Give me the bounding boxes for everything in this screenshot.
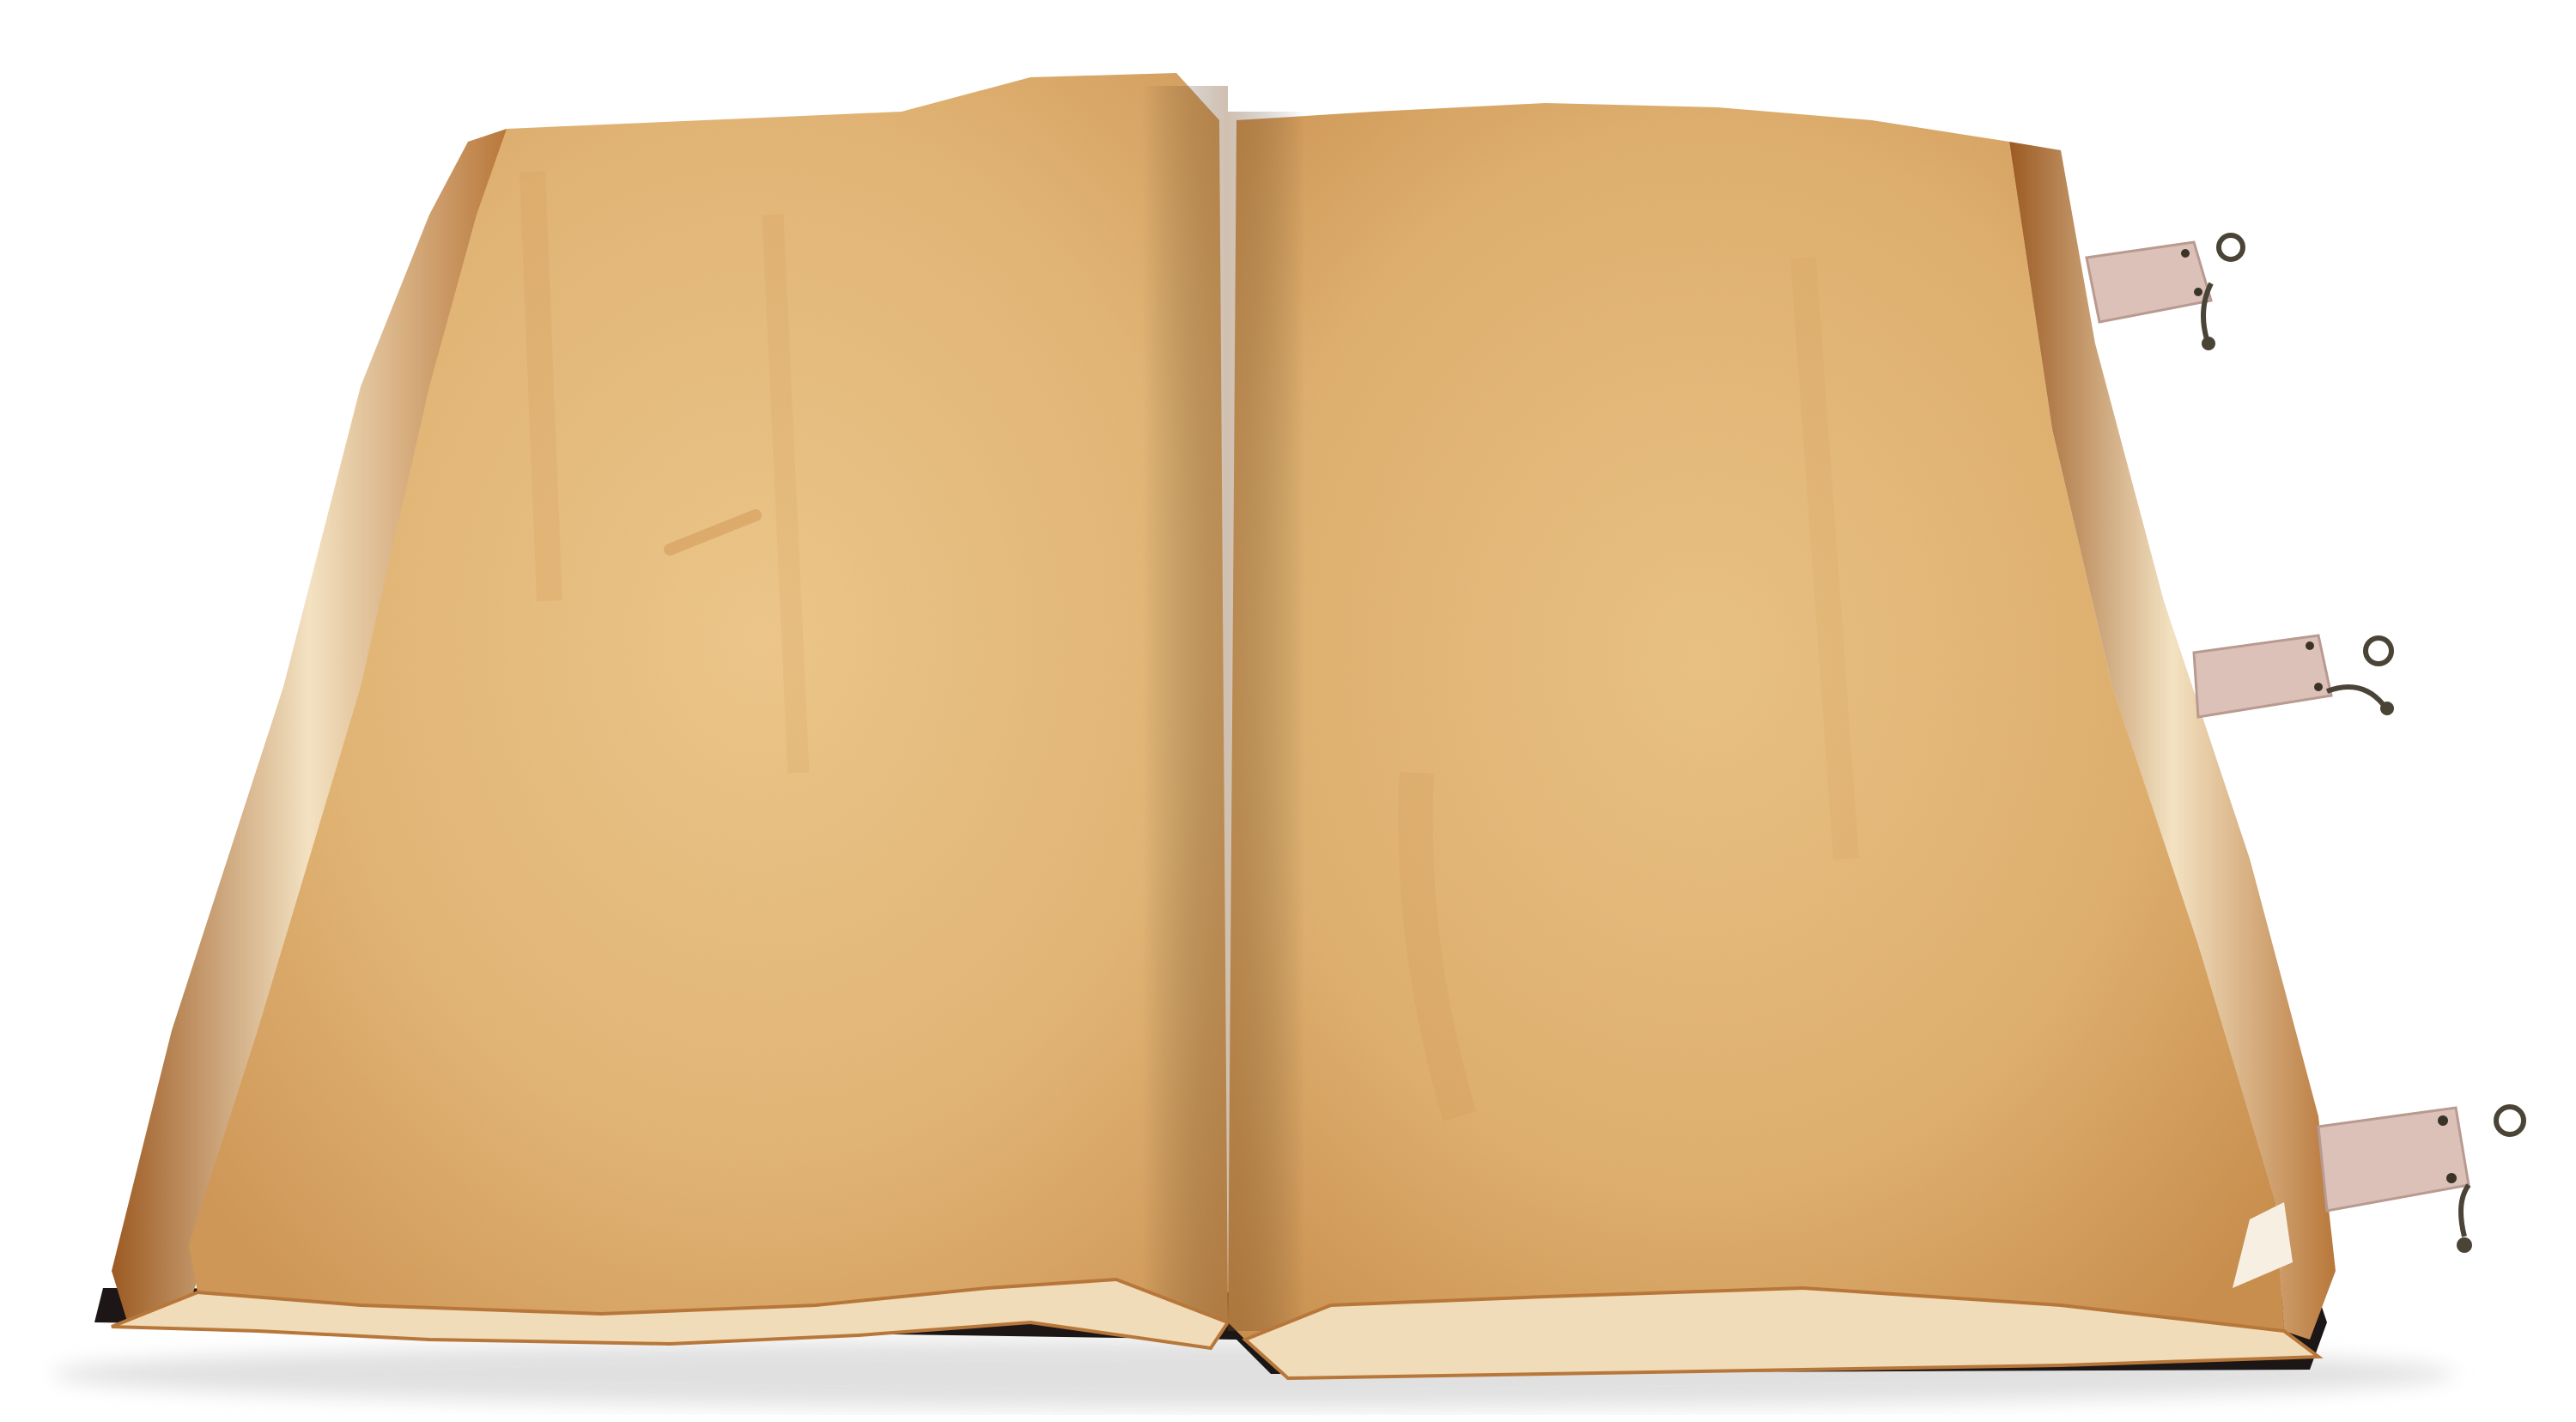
book-illustration xyxy=(0,0,2576,1422)
strap-middle[interactable] xyxy=(2194,635,2394,717)
right-gutter-shadow xyxy=(1228,112,1305,1331)
strap-top[interactable] xyxy=(2087,235,2243,350)
left-gutter-shadow xyxy=(1142,86,1228,1322)
left-page-streak xyxy=(532,172,550,601)
clasp-icon xyxy=(2327,638,2394,715)
book-photo: open antique book with blank aged pages xyxy=(0,0,2576,1422)
strap-bottom[interactable] xyxy=(2318,1107,2524,1253)
clasp-icon xyxy=(2202,235,2243,350)
